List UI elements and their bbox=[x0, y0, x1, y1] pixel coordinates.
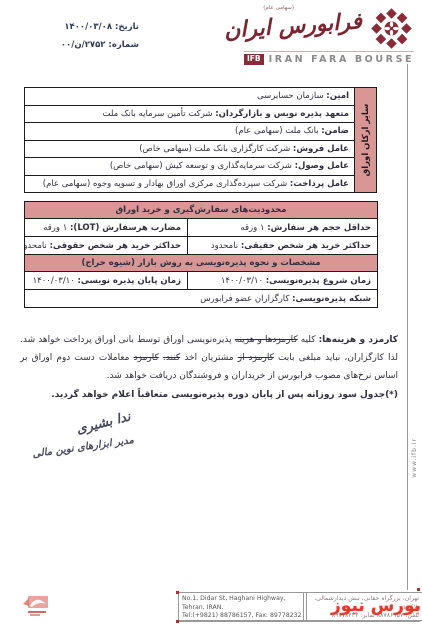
table-row: حداقل حجم هر سفارش: ۱ ورقه مضارب هرسفارش… bbox=[25, 219, 378, 237]
fees-struck-segment: کارمزد bbox=[134, 353, 159, 363]
footer-corner-mark bbox=[417, 588, 420, 591]
document-page: تاریخ: ۱۴۰۰/۰۳/۰۸ شماره: ۲۷۵۲/ن/۰۰ (سهام… bbox=[0, 0, 422, 624]
max-real-value: نامحدود bbox=[211, 241, 238, 251]
lot-label: مضارب هرسفارش (LOT): bbox=[70, 223, 181, 233]
row-value: شرکت سرمایه‌گذاری و توسعه کیش (سهامی خاص… bbox=[110, 161, 292, 171]
fees-struck-segment: کنند. bbox=[163, 353, 180, 363]
website-vertical-text: www.ifb.ir bbox=[411, 438, 418, 478]
table-row: محدودیت‌های سفارش‌گیری و خرید اوراق bbox=[25, 202, 378, 219]
letter-number: شماره: ۲۷۵۲/ن/۰۰ bbox=[14, 37, 139, 55]
logo-latin-row: IFB IRAN FARA BOURSE bbox=[244, 51, 414, 65]
page-right-rule bbox=[407, 64, 408, 590]
fees-struck-segment: کارمزدها و هزینه bbox=[235, 335, 298, 345]
table-row: عامل پرداخت: شرکت سپرده‌گذاری مرکزی اورا… bbox=[25, 175, 377, 193]
table-row: متعهد پذیره نویس و بازارگردان: شرکت تأمی… bbox=[25, 105, 377, 123]
news-watermark: بورس نیوز bbox=[331, 596, 421, 616]
ifb-logo: (سهامی عام) فرابورس ایران bbox=[244, 5, 414, 65]
footer-address-en: No.1, Didar St, Haghani Highway, Tehran,… bbox=[178, 592, 307, 621]
limits-header: محدودیت‌های سفارش‌گیری و خرید اوراق bbox=[25, 202, 378, 219]
row-label: عامل فروش: bbox=[293, 144, 349, 154]
ifb-badge: IFB bbox=[244, 54, 264, 64]
row-label: عامل پرداخت: bbox=[290, 179, 349, 189]
daily-profit-note: (*)جدول سود روزانه پس از پایان دوره پذیر… bbox=[20, 386, 398, 404]
table-row: عامل وصول: شرکت سرمایه‌گذاری و توسعه کیش… bbox=[25, 158, 377, 176]
corner-stamp-logo bbox=[20, 594, 56, 618]
fees-struck-segment: کارمزد از bbox=[238, 353, 274, 363]
row-value: سازمان حسابرسی bbox=[257, 91, 324, 101]
subscription-header: مشخصات و نحوه پذیره‌نویسی به روش بازار (… bbox=[25, 255, 378, 272]
ifb-emblem-icon bbox=[369, 6, 414, 51]
max-real-label: حداکثر خرید هر شخص حقیقی: bbox=[241, 241, 371, 251]
pillars-side-label: سایر ارکان اوراق bbox=[361, 104, 371, 177]
row-value: شرکت کارگزاری بانک ملت (سهامی خاص) bbox=[139, 144, 290, 154]
logo-brand-fa: فرابورس ایران bbox=[223, 8, 363, 44]
footer-bottom-rule bbox=[178, 621, 420, 622]
start-date-label: زمان شروع پذیره‌نویسی: bbox=[266, 276, 371, 286]
table-row: ضامن: بانک ملت (سهامی عام) bbox=[25, 123, 377, 141]
logo-brand-en: IRAN FARA BOURSE bbox=[269, 54, 414, 65]
footer-corner-mark bbox=[176, 620, 179, 623]
table-row: زمان شروع پذیره‌نویسی: ۱۴۰۰/۰۳/۱۰ زمان پ… bbox=[25, 272, 378, 290]
pillars-side-cell: سایر ارکان اوراق bbox=[355, 88, 377, 193]
pillars-table: سایر ارکان اوراق امین: سازمان حسابرسی مت… bbox=[24, 87, 377, 193]
signature-title: مدیر ابزارهای نوین مالی bbox=[32, 435, 135, 460]
network-value: کارگزاران عضو فرابورس bbox=[200, 294, 289, 304]
fees-segment: مشتریان اخذ bbox=[180, 353, 238, 363]
table-row: سایر ارکان اوراق امین: سازمان حسابرسی bbox=[25, 88, 377, 106]
row-label: امین: bbox=[326, 91, 349, 101]
table-row: حداکثر خرید هر شخص حقیقی: نامحدود حداکثر… bbox=[25, 237, 378, 255]
footer-address-en-line1: No.1, Didar St, Haghani Highway, Tehran,… bbox=[182, 595, 303, 612]
lot-value: ۱ ورقه bbox=[43, 223, 67, 233]
footer-corner-mark bbox=[176, 591, 179, 594]
start-date-value: ۱۴۰۰/۰۳/۱۰ bbox=[221, 276, 263, 286]
logo-subtitle: (سهامی عام) bbox=[263, 5, 294, 11]
letter-meta: تاریخ: ۱۴۰۰/۰۳/۰۸ شماره: ۲۷۵۲/ن/۰۰ bbox=[14, 19, 139, 55]
footer-address-en-line2: Tel:(+9821) 88786157, Fax: 89778232 bbox=[182, 612, 303, 621]
end-date-label: زمان پایان پذیره نویسی: bbox=[78, 276, 181, 286]
fees-segment: کلیه bbox=[298, 335, 319, 345]
max-legal-value: نامحدود bbox=[25, 241, 47, 251]
row-label: متعهد پذیره نویس و بازارگردان: bbox=[215, 109, 349, 119]
row-label: ضامن: bbox=[321, 126, 349, 136]
row-value: شرکت تأمین سرمایه بانک ملت bbox=[102, 109, 212, 119]
network-label: شبکه پذیره‌نویسی: bbox=[292, 294, 371, 304]
fees-label: کارمزد و هزینه‌ها: bbox=[319, 335, 398, 345]
fees-text: کارمزد و هزینه‌ها: کلیه کارمزدها و هزینه… bbox=[20, 331, 398, 385]
letter-date: تاریخ: ۱۴۰۰/۰۳/۰۸ bbox=[14, 19, 139, 37]
min-order-label: حداقل حجم هر سفارش: bbox=[267, 223, 371, 233]
signature-block: ندا بشیری مدیر ابزارهای نوین مالی bbox=[24, 414, 164, 484]
signature-name: ندا بشیری bbox=[75, 410, 132, 438]
row-value: شرکت سپرده‌گذاری مرکزی اوراق بهادار و تس… bbox=[43, 179, 287, 189]
table-row: مشخصات و نحوه پذیره‌نویسی به روش بازار (… bbox=[25, 255, 378, 272]
max-legal-label: حداکثر خرید هر شخص حقوقی: bbox=[50, 241, 181, 251]
min-order-value: ۱ ورقه bbox=[240, 223, 264, 233]
row-label: عامل وصول: bbox=[295, 161, 349, 171]
row-value: بانک ملت (سهامی عام) bbox=[235, 126, 319, 136]
end-date-value: ۱۴۰۰/۰۳/۱۰ bbox=[33, 276, 75, 286]
fees-paragraph: کارمزد و هزینه‌ها: کلیه کارمزدها و هزینه… bbox=[20, 331, 398, 404]
table-row: عامل فروش: شرکت کارگزاری بانک ملت (سهامی… bbox=[25, 140, 377, 158]
table-row: شبکه پذیره‌نویسی: کارگزاران عضو فرابورس bbox=[25, 290, 378, 308]
limits-table: محدودیت‌های سفارش‌گیری و خرید اوراق حداق… bbox=[24, 201, 378, 308]
